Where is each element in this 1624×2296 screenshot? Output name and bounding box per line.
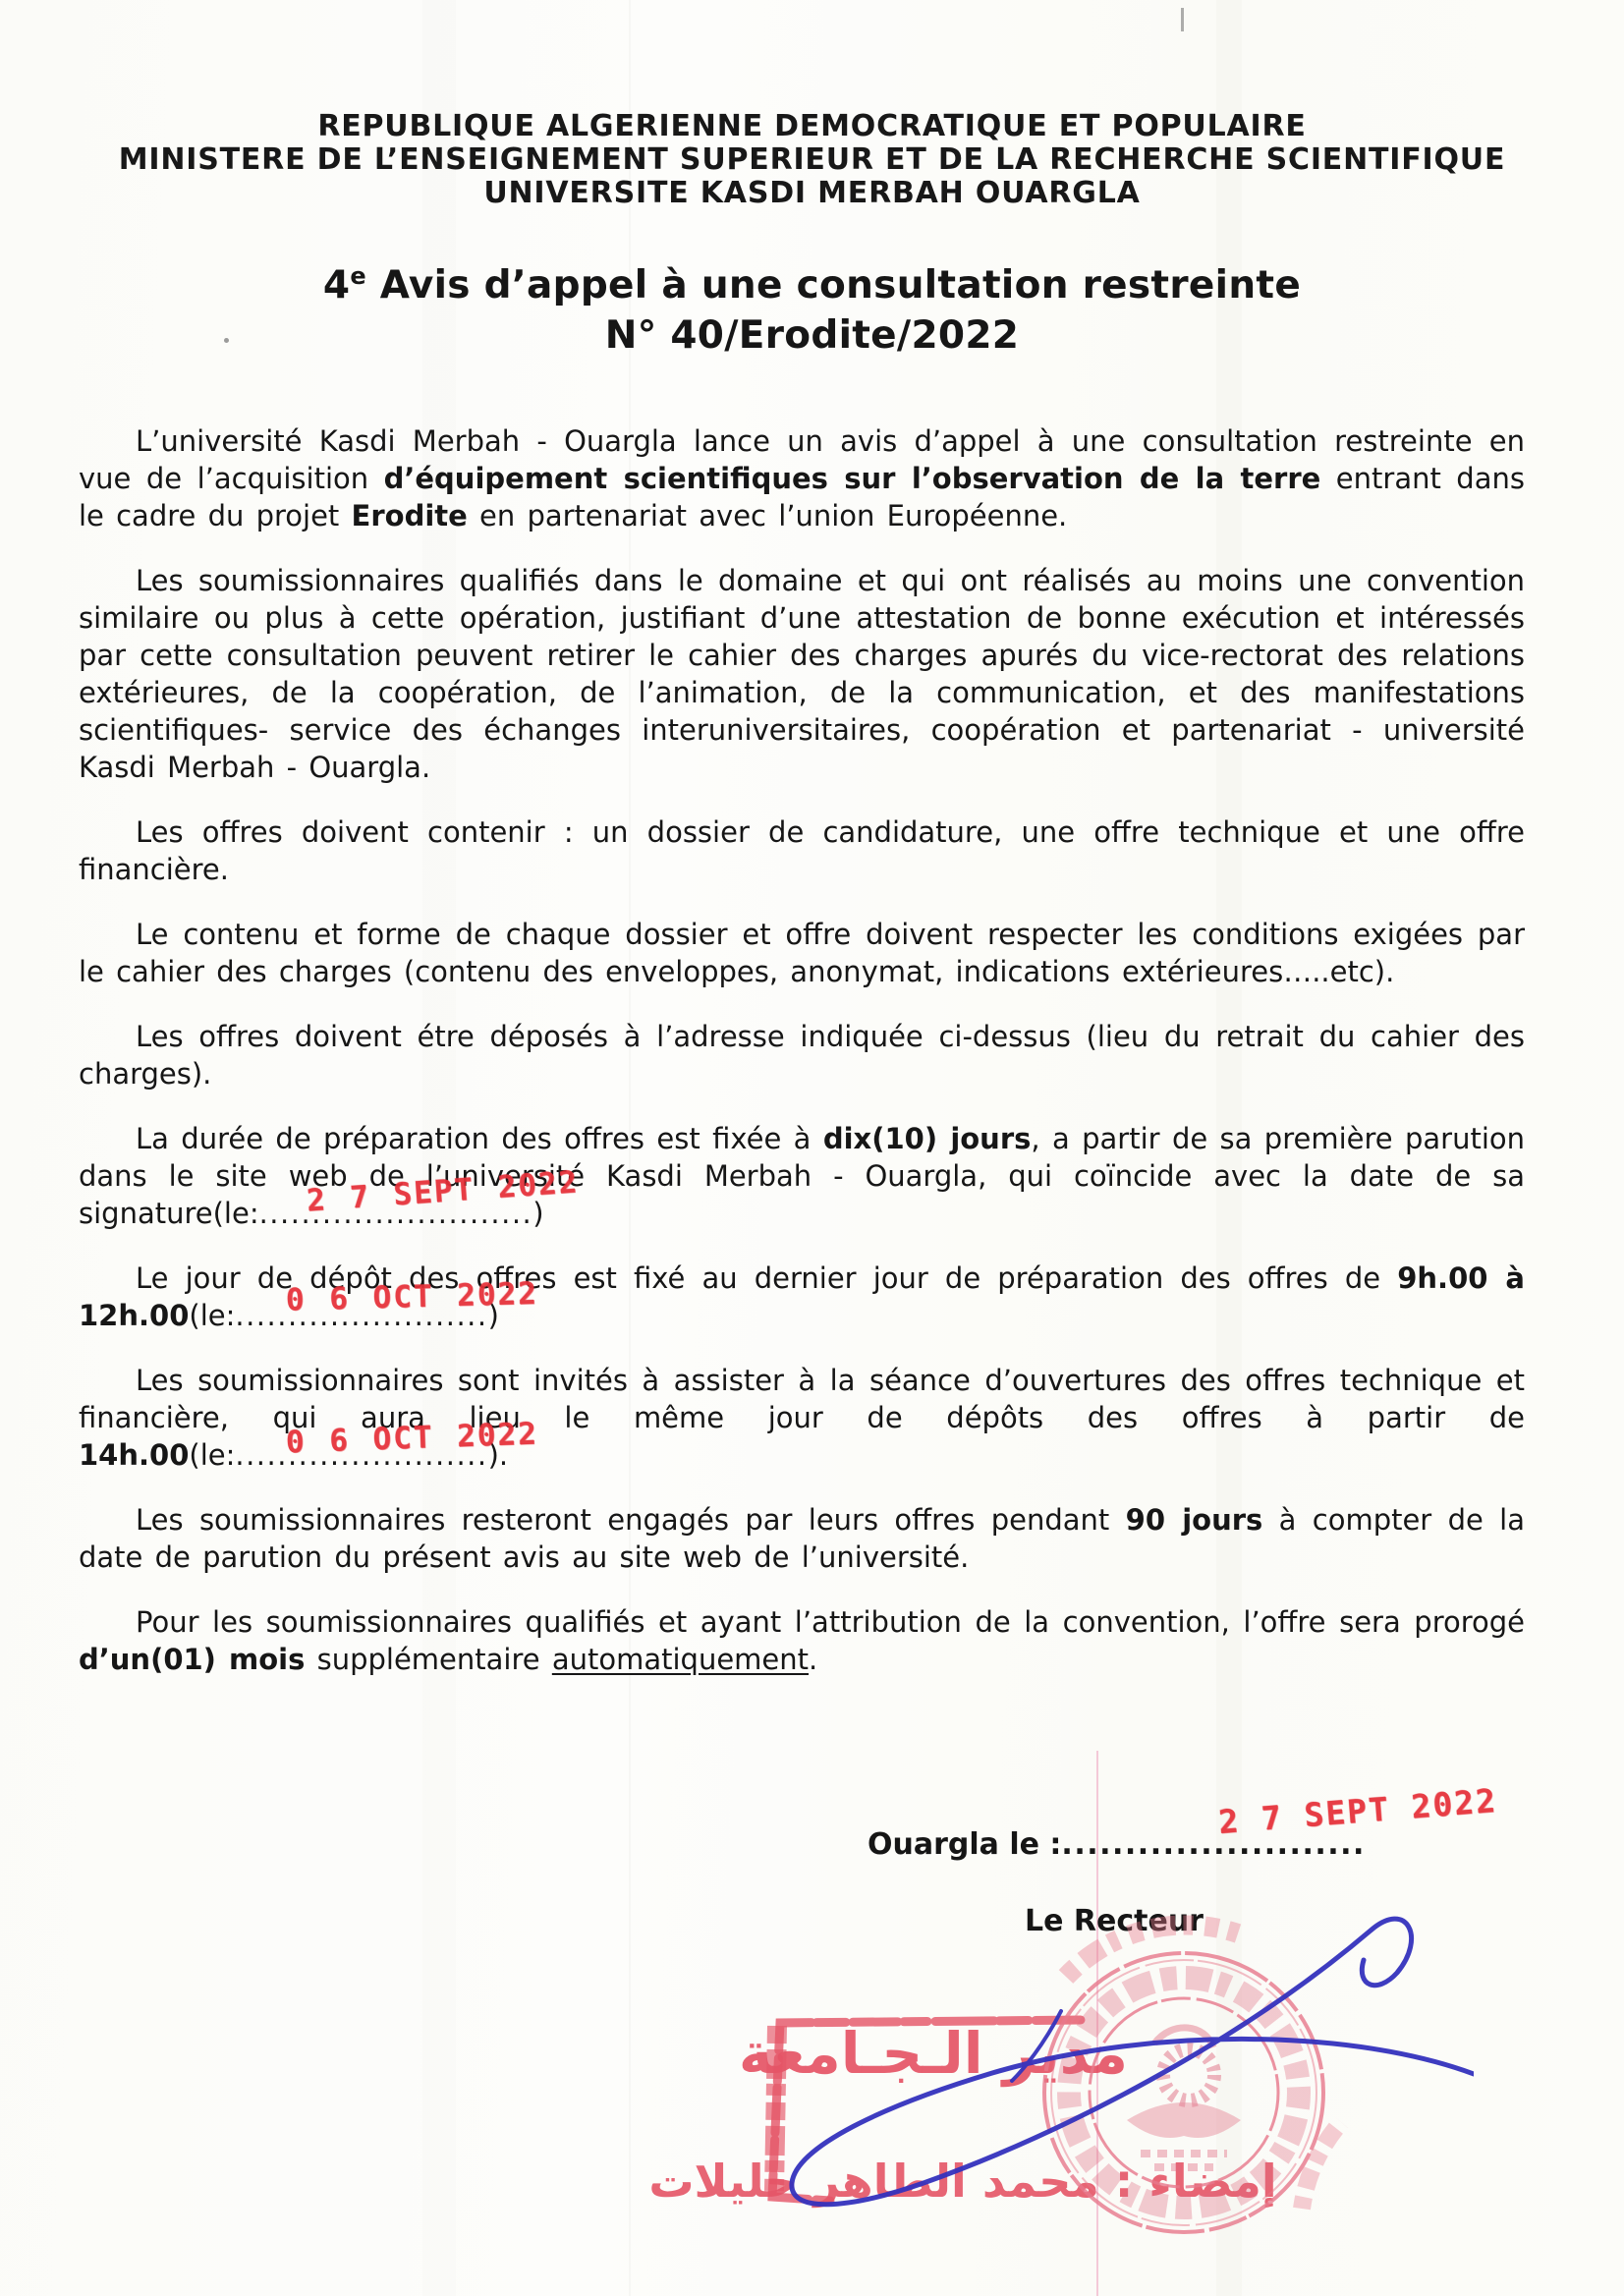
dotted-line: .......................... <box>259 1197 533 1230</box>
text-run: en partenariat avec l’union Européenne. <box>468 499 1067 532</box>
paragraph-4: Le contenu et forme de chaque dossier et… <box>79 916 1525 990</box>
dotted-fill-in: ........................0 6 OCT 2022 <box>235 1299 487 1332</box>
scan-artifact-mark <box>1181 8 1184 31</box>
header-line-ministry: MINISTERE DE L’ENSEIGNEMENT SUPERIEUR ET… <box>0 143 1624 177</box>
text-run: (le: <box>189 1438 235 1472</box>
university-round-seal <box>1044 1925 1341 2232</box>
signer-title: Le Recteur <box>1025 1904 1204 1938</box>
text-run: Le contenu et forme de chaque dossier et… <box>79 918 1525 988</box>
bold-run: d’un(01) mois <box>79 1643 305 1676</box>
text-run: Les soumissionnaires sont invités à assi… <box>79 1364 1525 1434</box>
dotted-line: ........................ <box>235 1438 487 1472</box>
paragraph-9: Les soumissionnaires resteront engagés p… <box>79 1501 1525 1576</box>
dotted-fill-in: ........................2 7 SEPT 2022 <box>1061 1827 1366 1862</box>
title-text: Avis d’appel à une consultation restrein… <box>366 263 1301 308</box>
paragraph-1: L’université Kasdi Merbah - Ouargla lanc… <box>79 422 1525 534</box>
bold-run: Erodite <box>352 499 468 532</box>
scanned-document-page: REPUBLIQUE ALGERIENNE DEMOCRATIQUE ET PO… <box>0 0 1624 2296</box>
document-body: L’université Kasdi Merbah - Ouargla lanc… <box>79 422 1525 1706</box>
paragraph-8: Les soumissionnaires sont invités à assi… <box>79 1362 1525 1474</box>
text-run: . <box>809 1643 817 1676</box>
place-date-label: Ouargla le : <box>868 1827 1061 1862</box>
bold-run: d’équipement scientifiques sur l’observa… <box>384 462 1321 495</box>
paragraph-3: Les offres doivent contenir : un dossier… <box>79 813 1525 888</box>
rector-rect-stamp: مدير الـجـامعة إمضاء : محمد الطاهر حليلا… <box>648 2020 1276 2209</box>
text-run: Les soumissionnaires qualifiés dans le d… <box>79 564 1525 784</box>
dotted-line: ........................ <box>235 1299 487 1332</box>
header-line-republic: REPUBLIQUE ALGERIENNE DEMOCRATIQUE ET PO… <box>0 110 1624 143</box>
stamps-and-signature-area: مدير الـجـامعة إمضاء : محمد الطاهر حليلا… <box>442 1896 1474 2296</box>
paragraph-5: Les offres doivent étre déposés à l’adre… <box>79 1018 1525 1092</box>
document-header: REPUBLIQUE ALGERIENNE DEMOCRATIQUE ET PO… <box>0 110 1624 210</box>
bold-run: dix(10) jours <box>823 1122 1032 1155</box>
text-run: supplémentaire <box>305 1643 551 1676</box>
text-run: ) <box>532 1197 543 1230</box>
text-run: Le jour de dépôt des offres est fixé au … <box>136 1261 1397 1295</box>
bold-run: 14h.00 <box>79 1438 189 1472</box>
title-ordinal-suffix: e <box>350 262 366 290</box>
text-run: (le: <box>189 1299 235 1332</box>
rector-stamp-title-arabic: مدير الـجـامعة <box>739 2020 1128 2088</box>
text-run: ). <box>488 1438 509 1472</box>
place-and-date-line: Ouargla le :........................2 7 … <box>868 1827 1366 1862</box>
document-title: 4e Avis d’appel à une consultation restr… <box>0 252 1624 361</box>
paragraph-10: Pour les soumissionnaires qualifiés et a… <box>79 1603 1525 1678</box>
dotted-line: ........................ <box>1061 1827 1366 1862</box>
dotted-fill-in: ........................0 6 OCT 2022 <box>235 1438 487 1472</box>
text-run: ) <box>488 1299 499 1332</box>
text-run: Les offres doivent contenir : un dossier… <box>79 815 1525 886</box>
rector-stamp-name-arabic: إمضاء : محمد الطاهر حليلات <box>648 2155 1276 2209</box>
header-line-university: UNIVERSITE KASDI MERBAH OUARGLA <box>0 177 1624 210</box>
title-line-2: N° 40/Erodite/2022 <box>0 310 1624 361</box>
rector-signature <box>792 1919 1474 2205</box>
text-run: La durée de préparation des offres est f… <box>136 1122 823 1155</box>
paragraph-7: Le jour de dépôt des offres est fixé au … <box>79 1260 1525 1334</box>
paragraph-2: Les soumissionnaires qualifiés dans le d… <box>79 562 1525 786</box>
paragraph-6: La durée de préparation des offres est f… <box>79 1120 1525 1232</box>
text-run: Pour les soumissionnaires qualifiés et a… <box>136 1605 1525 1639</box>
underlined-run: automatiquement <box>552 1643 809 1676</box>
bold-run: 90 jours <box>1126 1503 1263 1537</box>
title-number: 4 <box>323 263 350 308</box>
dotted-fill-in: ..........................2 7 SEPT 2022 <box>259 1197 533 1230</box>
text-run: Les offres doivent étre déposés à l’adre… <box>79 1020 1525 1091</box>
title-line-1: 4e Avis d’appel à une consultation restr… <box>0 252 1624 310</box>
text-run: Les soumissionnaires resteront engagés p… <box>136 1503 1126 1537</box>
